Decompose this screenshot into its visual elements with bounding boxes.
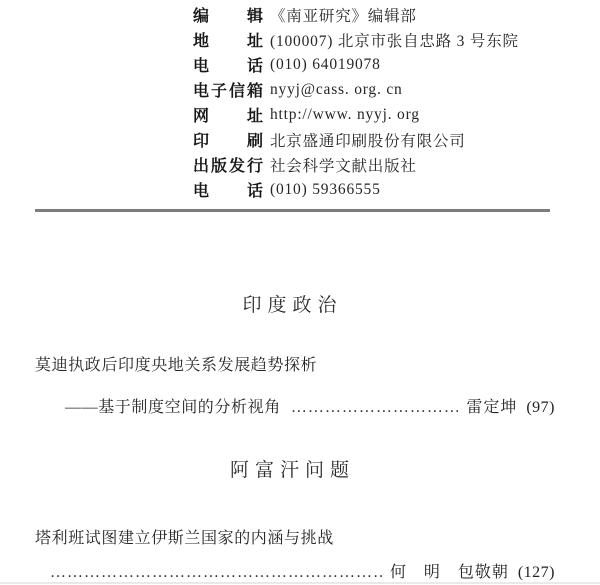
article-subtitle: ——基于制度空间的分析视角 xyxy=(65,394,281,417)
info-value: 北京盛通印刷股份有限公司 xyxy=(270,129,466,151)
article-author: 雷定坤 xyxy=(466,394,517,417)
info-value: http://www. nyyj. org xyxy=(270,106,420,124)
info-row-website: 网址 http://www. nyyj. org xyxy=(193,102,519,127)
page-bottom-edge-line xyxy=(0,582,600,584)
info-value: nyyj@cass. org. cn xyxy=(270,81,403,99)
section-heading-afghanistan-issue: 阿富汗问题 xyxy=(35,455,550,482)
info-value: (100007) 北京市张自忠路 3 号东院 xyxy=(270,29,519,51)
publication-info-block: 编辑 《南亚研究》编辑部 地址 (100007) 北京市张自忠路 3 号东院 电… xyxy=(193,2,519,202)
section-heading-indian-politics: 印度政治 xyxy=(35,290,550,317)
info-label: 电话 xyxy=(193,178,263,201)
dot-leader: ………………………………………………………………………………… xyxy=(50,564,382,582)
separator-rule xyxy=(35,209,550,212)
info-row-editor: 编辑 《南亚研究》编辑部 xyxy=(193,2,519,27)
article-title: 塔利班试图建立伊斯兰国家的内涵与挑战 xyxy=(35,525,334,548)
info-value: (010) 59366555 xyxy=(270,181,381,199)
info-label: 电话 xyxy=(193,53,263,76)
article-entry-line: ——基于制度空间的分析视角 …………………………………………………… 雷定坤 (… xyxy=(65,394,555,417)
info-row-printer: 印刷 北京盛通印刷股份有限公司 xyxy=(193,127,519,152)
info-row-phone: 电话 (010) 64019078 xyxy=(193,52,519,77)
info-value: (010) 64019078 xyxy=(270,56,381,74)
info-row-address: 地址 (100007) 北京市张自忠路 3 号东院 xyxy=(193,27,519,52)
article-author: 何 明 包敬朝 xyxy=(390,559,509,582)
info-label: 地址 xyxy=(193,28,263,51)
info-label: 印刷 xyxy=(193,128,263,151)
article-page-number: (127) xyxy=(518,564,555,582)
info-label: 网址 xyxy=(193,103,263,126)
info-label: 出版发行 xyxy=(193,153,263,176)
info-row-email: 电子信箱 nyyj@cass. org. cn xyxy=(193,77,519,102)
article-entry-line: ………………………………………………………………………………… 何 明 包敬朝 … xyxy=(50,559,555,582)
info-row-publisher: 出版发行 社会科学文献出版社 xyxy=(193,152,519,177)
journal-toc-page: 编辑 《南亚研究》编辑部 地址 (100007) 北京市张自忠路 3 号东院 电… xyxy=(0,0,600,585)
article-page-number: (97) xyxy=(526,399,555,417)
info-label: 电子信箱 xyxy=(193,78,263,101)
info-value: 《南亚研究》编辑部 xyxy=(270,4,417,26)
article-title: 莫迪执政后印度央地关系发展趋势探析 xyxy=(35,352,317,375)
info-value: 社会科学文献出版社 xyxy=(270,154,417,176)
info-row-phone-2: 电话 (010) 59366555 xyxy=(193,177,519,202)
dot-leader: …………………………………………………… xyxy=(291,399,459,417)
info-label: 编辑 xyxy=(193,3,263,26)
